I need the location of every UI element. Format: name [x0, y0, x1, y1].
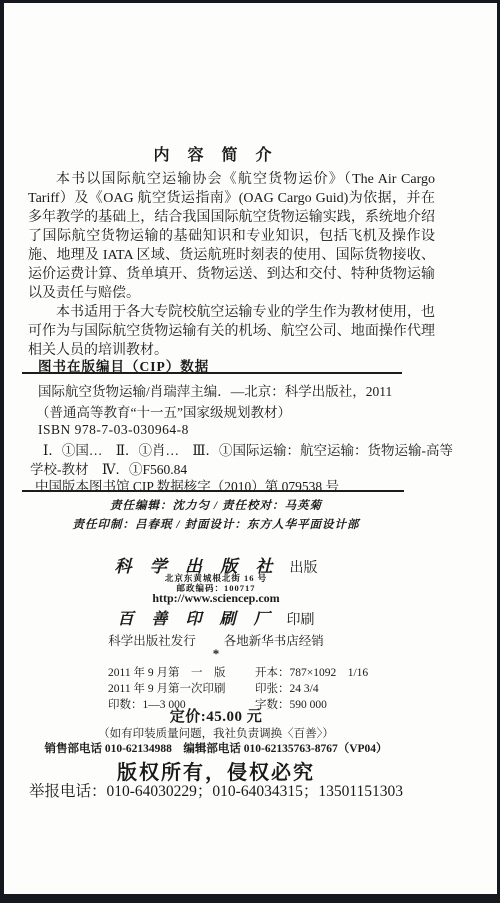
intro-title: 内 容 简 介 [0, 142, 432, 165]
cip-isbn-line: ISBN 978-7-03-030964-8 [38, 422, 189, 438]
intro-paragraph-2: 本书适用于各大专院校航空运输专业的学生作为教材使用，也可作为与国际航空货物运输有… [28, 303, 435, 360]
book-copyright-page: 内 容 简 介 本书以国际航空运输协会《航空货物运价》（The Air Carg… [0, 0, 500, 903]
sheet-count-line: 印张：24 3/4 [255, 680, 319, 696]
printer-suffix: 印刷 [287, 613, 315, 628]
credits-printer-line: 责任印制：吕春珉 / 封面设计：东方人华平面设计部 [0, 516, 432, 532]
printer-name: 百 善 印 刷 厂 [117, 611, 276, 628]
printer-imprint: 百 善 印 刷 厂 印刷 [0, 606, 432, 629]
intro-paragraph-1: 本书以国际航空运输协会《航空货物运价》（The Air Cargo Tariff… [28, 170, 435, 303]
contact-phones-line: 销售部电话 010-62134988 编辑部电话 010-62135763-87… [0, 740, 432, 756]
cip-title-line: 国际航空货物运输/肖瑞萍主编．—北京：科学出版社，2011 [38, 380, 392, 400]
report-phones-line: 举报电话：010-64030229；010-64034315；135011513… [0, 779, 432, 801]
edition-line: 2011 年 9 月第 一 版 [108, 664, 225, 680]
quality-note: （如有印装质量问题，我社负责调换〈百善〉） [0, 725, 432, 741]
scan-border-bottom [0, 894, 500, 903]
cip-index-line-1: Ⅰ．①国… Ⅱ．①肖… Ⅲ．①国际运输：航空运输：货物运输-高等 [43, 439, 453, 459]
credits-editor-line: 责任编辑：沈力匀 / 责任校对：马英菊 [0, 497, 432, 513]
intro-body: 本书以国际航空运输协会《航空货物运价》（The Air Cargo Tariff… [28, 170, 435, 360]
scan-border-top [0, 0, 500, 3]
cip-series-line: （普通高等教育“十一五”国家级规划教材） [36, 401, 291, 421]
divider-star: * [0, 646, 432, 662]
cip-rule-bottom [22, 490, 404, 492]
format-line: 开本：787×1092 1/16 [255, 664, 368, 680]
price-label: 定价:45.00 元 [0, 705, 432, 726]
publisher-website: http://www.sciencep.com [0, 591, 432, 606]
impression-line: 2011 年 9 月第一次印刷 [108, 680, 225, 696]
cip-record-line: 中国版本图书馆 CIP 数据核字（2010）第 079538 号 [35, 475, 339, 495]
cip-rule-top [22, 372, 402, 374]
